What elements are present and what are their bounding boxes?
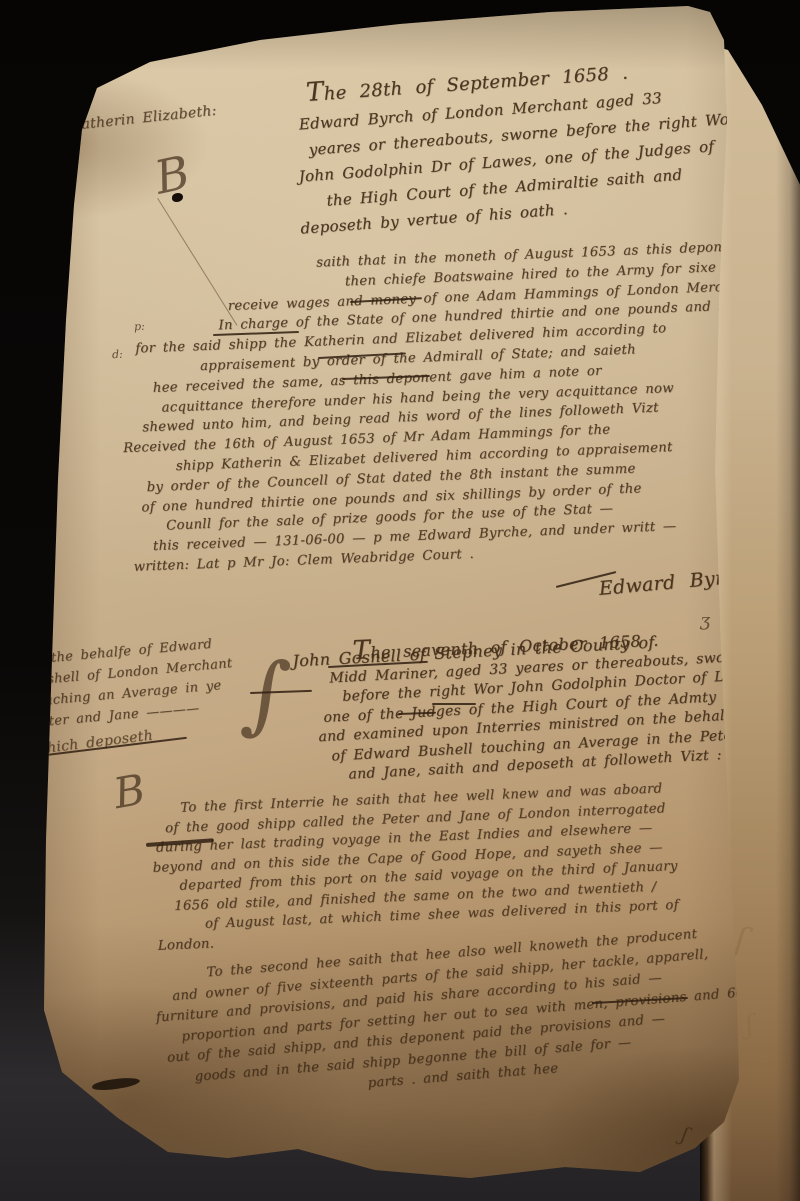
clerk-margin-mark: p: (134, 320, 145, 334)
corner-pen-mark: ʃ (679, 1122, 692, 1147)
ink-smear (92, 1077, 141, 1092)
clerk-margin-mark: d: (112, 348, 123, 362)
manuscript-photo: ʃ ʃ Katherin Elizabeth: B The 28th of Se… (0, 0, 800, 1201)
ink-blot (172, 193, 183, 202)
manuscript-page: Katherin Elizabeth: B The 28th of Septem… (0, 0, 800, 1201)
margin-flourish-initial: B (110, 765, 149, 819)
underline-mark (432, 703, 476, 705)
deposition2-answer1: To the first Interrie he saith that hee … (148, 779, 680, 956)
margin-note-katherin-elizabeth: Katherin Elizabeth: (70, 103, 217, 134)
signature-flourish: ʒ (700, 610, 710, 631)
deposition1-body: saith that in the moneth of August 1653 … (98, 234, 800, 578)
show-through-ink: ʃ (744, 1010, 754, 1041)
ink-blot (32, 135, 64, 162)
margin-note-behalfe-bushell: on the behalfe of EdwardBushell of Londo… (26, 632, 237, 733)
deposition2-preamble: John Gosnell of Stepney in the County of… (282, 627, 765, 788)
